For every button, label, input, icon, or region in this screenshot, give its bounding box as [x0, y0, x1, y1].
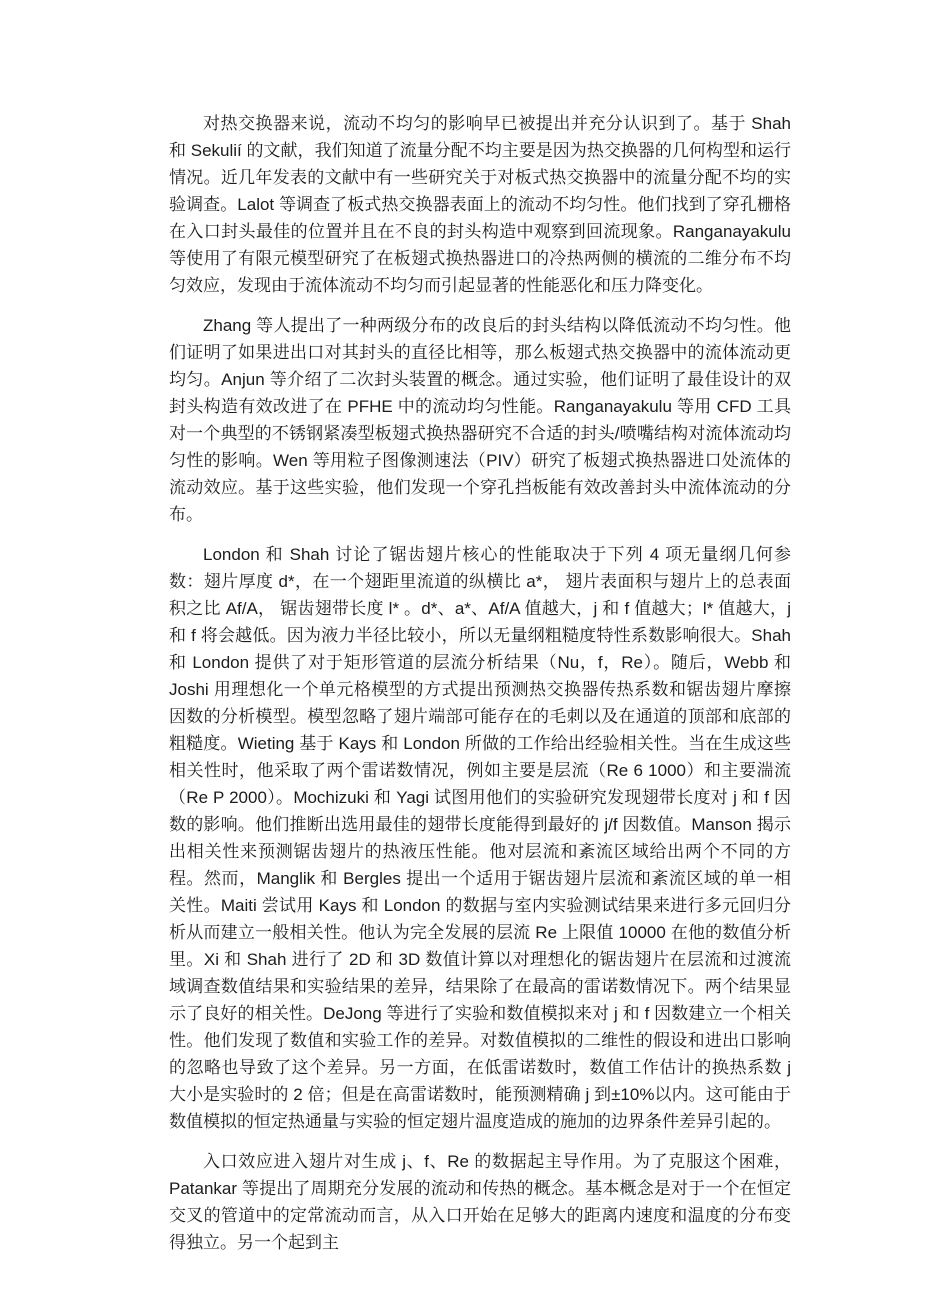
paragraph-serrated-fin-correlations: London 和 Shah 讨论了锯齿翅片核心的性能取决于下列 4 项无量纲几何… [169, 541, 791, 1135]
paragraph-header-structure-studies: Zhang 等人提出了一种两级分布的改良后的封头结构以降低流动不均匀性。他们证明… [169, 312, 791, 528]
text-body: 对热交换器来说，流动不均匀的影响早已被提出并充分认识到了。基于 Shah 和 S… [169, 110, 791, 1269]
paragraph-flow-maldistribution-intro: 对热交换器来说，流动不均匀的影响早已被提出并充分认识到了。基于 Shah 和 S… [169, 110, 791, 299]
document-page: 对热交换器来说，流动不均匀的影响早已被提出并充分认识到了。基于 Shah 和 S… [0, 0, 926, 1309]
paragraph-entrance-effects: 入口效应进入翅片对生成 j、f、Re 的数据起主导作用。为了克服这个困难，Pat… [169, 1148, 791, 1256]
